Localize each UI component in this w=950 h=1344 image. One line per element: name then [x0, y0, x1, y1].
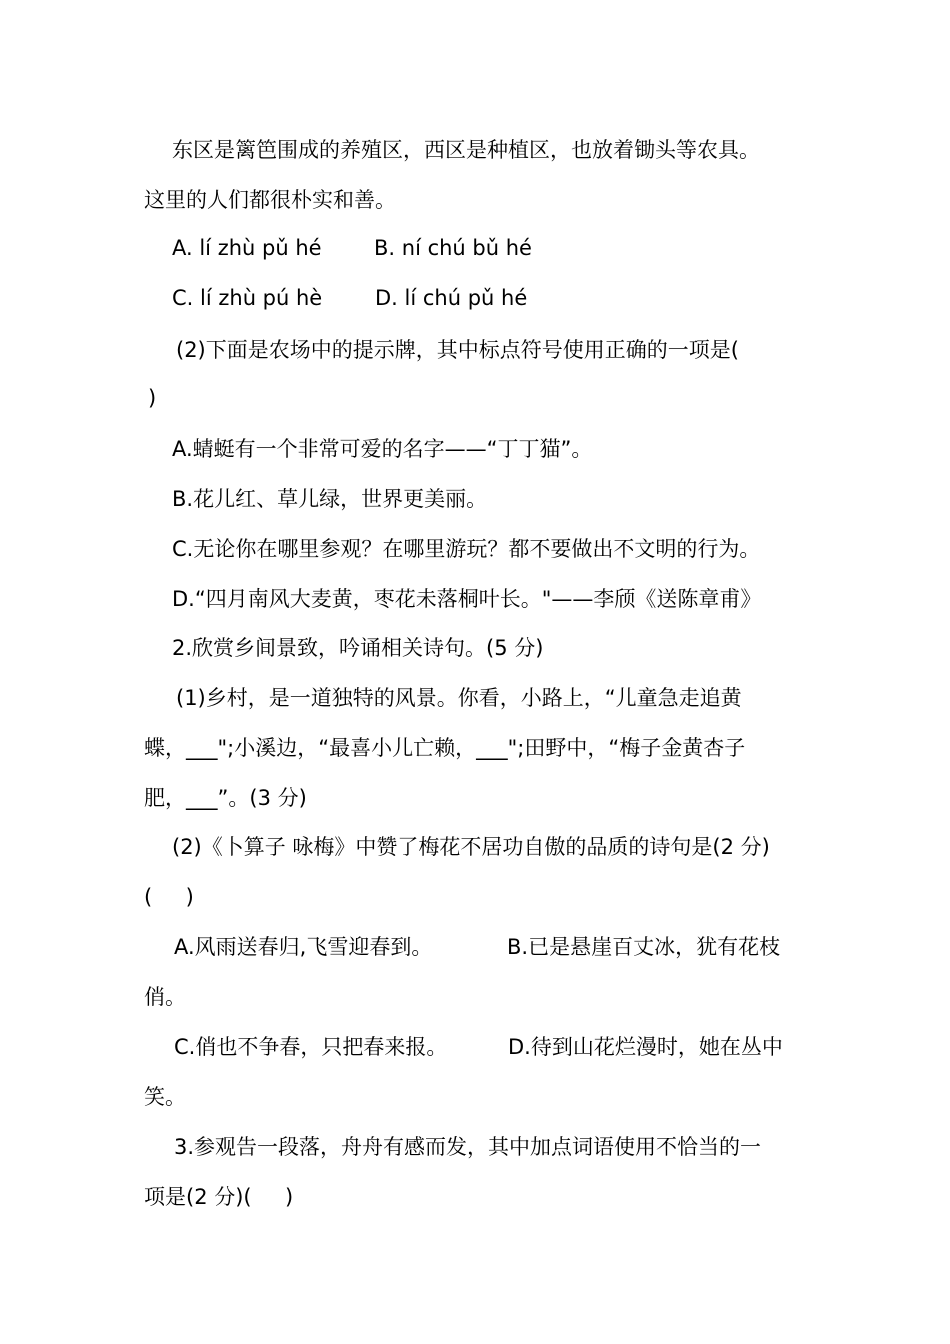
q1-pinyin-option-a: A. lí zhù pǔ hé — [172, 234, 322, 262]
q2-sub1-line-2: 蝶，___";小溪边，“最喜小儿亡赖，___";田野中，“梅子金黄杏子 — [144, 734, 745, 762]
q1-pinyin-option-c: C. lí zhù pú hè — [172, 284, 322, 312]
q1-pinyin-option-d: D. lí chú pǔ hé — [375, 284, 527, 312]
q2-title: 2.欣赏乡间景致，吟诵相关诗句。(5 分) — [172, 634, 543, 662]
document-page: 东区是篱笆围成的养殖区，西区是种植区，也放着锄头等农具。 这里的人们都很朴实和善… — [0, 0, 950, 1344]
q2-option-d-line-1: D.待到山花烂漫时，她在丛中 — [508, 1033, 783, 1061]
q2-option-b-line-2: 俏。 — [144, 983, 186, 1011]
q1-sub2-option-c: C.无论你在哪里参观？在哪里游玩？都不要做出不文明的行为。 — [172, 535, 760, 563]
q2-option-d-line-2: 笑。 — [144, 1083, 186, 1111]
q2-sub2-line-2: ( ) — [144, 883, 194, 911]
q1-sub2-stem-line-2: ) — [148, 384, 156, 412]
q3-line-1: 3.参观告一段落，舟舟有感而发，其中加点词语使用不恰当的一 — [174, 1133, 761, 1161]
q2-sub2-line-1: (2)《卜算子 咏梅》中赞了梅花不居功自傲的品质的诗句是(2 分) — [172, 833, 770, 861]
q1-sub2-stem-line-1: (2)下面是农场中的提示牌，其中标点符号使用正确的一项是( — [176, 336, 739, 364]
q1-passage-line-2: 这里的人们都很朴实和善。 — [144, 186, 396, 214]
q2-option-a: A.风雨送春归,飞雪迎春到。 — [174, 933, 432, 961]
q2-sub1-line-1: (1)乡村，是一道独特的风景。你看，小路上，“儿童急走追黄 — [176, 684, 742, 712]
q3-line-2: 项是(2 分)( ) — [144, 1183, 293, 1211]
q1-sub2-option-b: B.花儿红、草儿绿，世界更美丽。 — [172, 485, 487, 513]
q1-sub2-option-a: A.蜻蜓有一个非常可爱的名字——“丁丁猫”。 — [172, 435, 592, 463]
q2-option-b-line-1: B.已是悬崖百丈冰，犹有花枝 — [507, 933, 780, 961]
q1-passage-line-1: 东区是篱笆围成的养殖区，西区是种植区，也放着锄头等农具。 — [172, 136, 760, 164]
q1-pinyin-option-b: B. ní chú bǔ hé — [374, 234, 532, 262]
q1-sub2-option-d: D.“四月南风大麦黄，枣花未落桐叶长。"——李颀《送陈章甫》 — [172, 585, 761, 613]
q2-option-c: C.俏也不争春，只把春来报。 — [174, 1033, 447, 1061]
q2-sub1-line-3: 肥，___”。(3 分) — [144, 784, 307, 812]
